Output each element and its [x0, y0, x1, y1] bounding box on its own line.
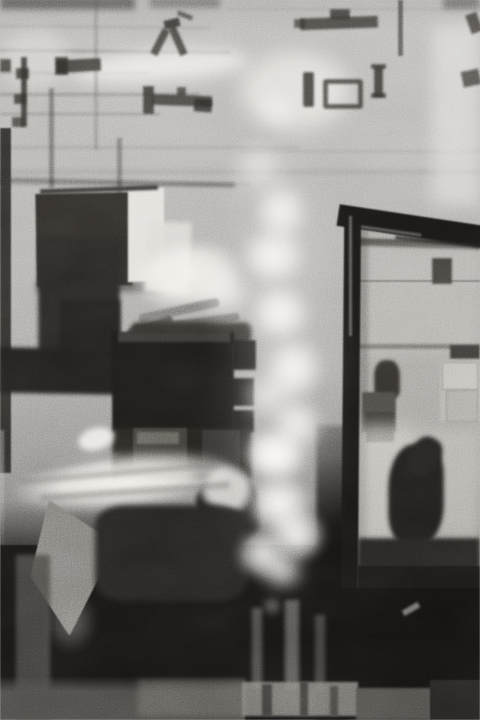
tool-rail-bump: [330, 9, 350, 19]
light-flare-bright: [266, 506, 326, 564]
wall-highlight: [432, 25, 480, 205]
reflection-counter-shadow: [358, 566, 480, 594]
cloth-tip: [198, 461, 256, 516]
box-shadow: [36, 280, 164, 292]
chair-back-slat: [300, 682, 308, 716]
glass-streak: [252, 608, 262, 688]
light-flare: [228, 138, 290, 196]
light-flare: [248, 282, 312, 344]
reflection-arm-silhouette: [402, 431, 448, 481]
tool-clamp-leg: [168, 26, 188, 57]
wall-line: [0, 93, 200, 96]
reflection-box: [366, 412, 394, 442]
light-flare: [252, 180, 310, 244]
wall-line: [0, 170, 480, 174]
dark-round-object: [196, 472, 258, 530]
chair-back-slat: [330, 686, 338, 716]
crate-body: [112, 332, 234, 432]
tool-bracket: [57, 58, 102, 73]
blotch-overlay: [0, 0, 480, 720]
light-flare: [268, 395, 324, 455]
wall-highlight: [69, 44, 251, 88]
mirror-frame-inner-line: [395, 235, 480, 248]
crate-step: [232, 410, 254, 432]
tool-u-bracket-bar: [303, 72, 314, 107]
white-cloth-mid: [180, 268, 258, 314]
reflection-top-band: [358, 238, 480, 250]
wall-line: [0, 113, 160, 115]
reflection-white-wall: [358, 426, 418, 546]
wall-background: [0, 0, 480, 720]
reflection-figure: [374, 360, 400, 398]
wall-line: [0, 146, 300, 149]
foreground-shadow: [0, 500, 350, 570]
hanging-rod-knob: [12, 117, 24, 127]
crate-step: [232, 340, 256, 370]
mirror-interior: [358, 226, 480, 594]
dark-drape: [95, 505, 247, 601]
mirror-gap-shadow: [316, 425, 348, 720]
under-crate-shadow: [112, 428, 252, 480]
reflection-counter-band: [358, 538, 480, 572]
below-mirror-shadow: [340, 588, 480, 720]
stick: [126, 315, 174, 337]
light-flare: [242, 425, 296, 475]
label-box-texture: [137, 432, 179, 444]
tool-u-bracket: [323, 79, 363, 109]
tool-clamp-tail: [177, 10, 194, 21]
tool-rail: [300, 16, 378, 31]
scene: [0, 0, 480, 720]
hanging-wire: [398, 0, 403, 56]
cloth-fold-line: [30, 452, 120, 473]
photograph: [0, 0, 480, 720]
scratch-mark: [402, 602, 421, 616]
cloth-fold-line: [20, 461, 220, 484]
tool-tbar-notch: [177, 87, 186, 96]
wall-line: [240, 150, 480, 153]
wall-line: [0, 49, 230, 54]
wall-line: [0, 183, 250, 186]
tool-i-bracket-serif: [371, 64, 386, 69]
light-flare: [262, 335, 324, 403]
wall-seam: [49, 88, 54, 188]
corner-shadow: [430, 680, 480, 720]
light-flare-bright: [244, 472, 314, 536]
tool-tbar-end: [194, 98, 213, 112]
mirror-frame-left: [340, 210, 361, 712]
floor-band-highlight: [138, 680, 246, 716]
reflection-bright-area: [420, 430, 480, 540]
hanging-rod-knob: [16, 68, 29, 79]
interior-left-shade: [358, 226, 368, 594]
tool-clamp-leg: [150, 28, 170, 57]
wall-seam: [117, 138, 122, 198]
light-flare-bright: [258, 548, 306, 592]
box-dark-face: [35, 192, 133, 287]
cloth-gray-fold: [30, 500, 116, 636]
grain-overlay: [0, 0, 480, 720]
floor-band: [0, 676, 245, 720]
chair-back-silhouette: [242, 682, 358, 716]
reflection-box: [362, 392, 396, 432]
top-edge-shadow: [0, 0, 135, 10]
left-edge-light: [0, 430, 4, 720]
hanging-wire-faint: [94, 0, 98, 150]
crate-lip: [118, 332, 230, 342]
wall-line: [225, 8, 480, 10]
floor-light-patch: [44, 590, 98, 652]
reflection-wire: [358, 280, 480, 282]
tool-rail-end: [294, 19, 305, 28]
reflection-carton: [446, 390, 478, 422]
light-flare-dot: [262, 596, 282, 616]
floor-band-right: [356, 688, 432, 720]
tool-bracket-end: [55, 57, 68, 75]
chair-back-slat: [262, 684, 272, 716]
clutter-dark: [130, 322, 252, 344]
tool-i-bracket: [374, 67, 383, 97]
crate-step: [226, 378, 254, 406]
tool-i-bracket-serif: [371, 93, 386, 98]
stick: [138, 298, 220, 324]
white-surface: [144, 221, 192, 293]
wall-highlight: [0, 30, 70, 90]
edge-tool-mark: [465, 12, 480, 35]
light-flare-bright: [244, 430, 310, 484]
tool-tbar-head: [143, 86, 154, 114]
reflection-hanging-object: [432, 258, 452, 284]
wall-peg: [0, 59, 11, 72]
label-box: [202, 430, 240, 474]
floor-post: [16, 555, 50, 720]
top-edge-shadow: [150, 0, 220, 8]
flare-glow-column: [225, 90, 335, 610]
wall-line: [0, 72, 150, 74]
light-flare: [238, 225, 308, 287]
hanging-rod-knob: [14, 94, 26, 104]
mirror-frame-top-molding: [352, 224, 422, 237]
wall-highlight: [240, 52, 350, 130]
reflection-shelf-line: [358, 344, 480, 349]
reflection-arm-silhouette: [388, 444, 444, 544]
white-cloth-mid: [126, 232, 250, 317]
reflection-bright-wall: [358, 246, 480, 356]
light-flare: [240, 368, 298, 424]
reflection-carton: [442, 362, 478, 390]
top-edge-shadow: [443, 0, 480, 9]
dark-round-object: [204, 498, 260, 542]
tool-tbar-arm: [152, 94, 212, 107]
white-cloth-band: [6, 440, 243, 522]
cloth-curl: [76, 424, 116, 455]
glass-streak: [315, 615, 325, 690]
left-post: [0, 128, 11, 473]
mirror-frame-left-molding: [349, 216, 352, 336]
box-top-edge: [40, 185, 158, 194]
cloth-fold-line: [40, 481, 230, 501]
box-light-side: [128, 188, 164, 283]
stacked-boxes-dark: [38, 238, 120, 353]
reflection-shelf-box: [450, 345, 480, 359]
light-flare: [196, 262, 252, 326]
light-flare-bright: [236, 528, 290, 580]
mirror-frame-top: [336, 204, 480, 248]
shelf-dark-band: [0, 347, 122, 395]
stick: [150, 313, 240, 332]
glass-streak: [285, 600, 299, 690]
shelf-edge-line: [0, 178, 235, 188]
label-box: [133, 428, 187, 468]
wall-line: [0, 25, 210, 29]
tool-clamp-apex: [163, 17, 181, 30]
reflection-carton: [440, 360, 480, 422]
light-flare: [250, 86, 302, 132]
edge-tool-mark: [461, 68, 480, 87]
hanging-rod-tool: [21, 57, 27, 127]
stacked-boxes-dark: [60, 300, 120, 360]
foreground-shadow: [0, 545, 350, 720]
